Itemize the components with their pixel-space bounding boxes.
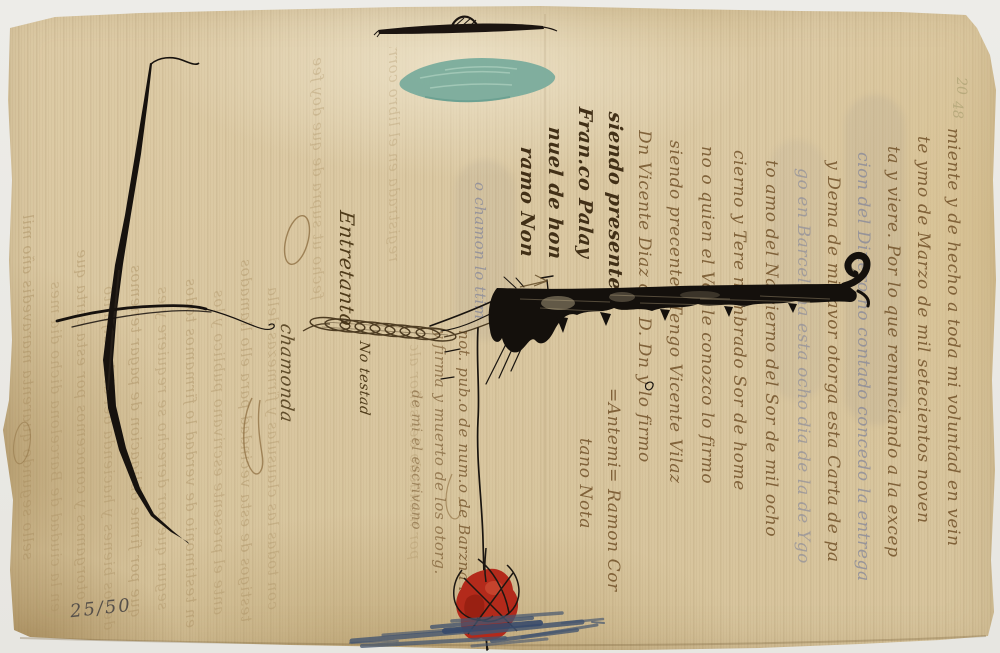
script-column: no o quien el Voy le conozco lo firmo [698, 146, 715, 628]
script-column: not. pub.o de num.o de Barzna la b [456, 330, 471, 650]
script-column: tano Nota [576, 438, 593, 600]
script-column-signature: Entretanto [337, 209, 357, 340]
script-column: de mi el escrivano [409, 390, 423, 562]
script-column-verso: en la ciudad de Barcelona dicho dia mes [48, 52, 63, 612]
script-column-signature: chamonda [277, 322, 295, 457]
script-column-ghost: go en Barcelona esta ocho dia de la de Y… [794, 168, 811, 630]
script-column-dark: Fran.co Palay [575, 106, 594, 300]
script-column-verso: registrada en el libro corriente [386, 47, 401, 262]
script-column-verso: testigos de esta vecindad para ello llam… [238, 62, 253, 622]
script-column: cierno y Tere nombrado Sor de home [730, 150, 747, 630]
script-column-dark: nuel de hon [545, 126, 564, 298]
ghost-digit: 48 [949, 101, 965, 119]
script-column-ghost: o chamon lo ttim [472, 182, 487, 332]
script-column-verso: segun que por derecho se requiere y es [155, 55, 170, 610]
script-column-verso: sello segundo quarenta maravedis año mil [20, 90, 35, 560]
script-column-signature: No testado. [357, 340, 371, 416]
script-column-dark: siendo presente [605, 111, 624, 300]
script-column: te ymo de Marzo de mil setecientos noven [914, 136, 931, 618]
script-column: to amo del Na cierno del Sor de mil ocho [762, 160, 779, 632]
ghost-digit: 20 [953, 77, 969, 95]
script-column-verso: ante el presente escrivano publico y los [211, 70, 226, 615]
script-column: ta y viere. Por lo que renunciando a la … [884, 146, 901, 622]
script-column: =Antemi= Ramon Cor [604, 388, 621, 620]
artwork-scan: sello segundo quarenta maravedis año mil… [0, 0, 1000, 653]
script-column: siendo precentes Tengo Vicente Vilaz [666, 140, 683, 626]
script-column-verso: fecho ut supra de que doy fee [310, 50, 325, 300]
script-column: Dn Vicente Diaz cin D. Dn y lo firmo [635, 130, 652, 622]
script-column-dark: ramo Non [517, 146, 536, 296]
script-column-verso: otorgamos y conocemos por esta carta que [74, 60, 89, 600]
script-column-ghost: cion del Dinero no contado concedo la en… [854, 152, 871, 624]
script-column: y Dema de mi favor otorga esta Carta de … [824, 160, 841, 628]
script-column-verso: en testimonio de verdad lo firmamos todo… [183, 68, 198, 628]
script-column: miente y de hecho a toda mi voluntad en … [944, 128, 961, 612]
script-column-verso: de los bienes y hacienda del dicho difun… [101, 50, 116, 630]
script-column: y firma y muerto de los otorg. [432, 330, 447, 602]
script-column-verso: que por firme obligacion de pagar tenemo… [128, 58, 143, 618]
